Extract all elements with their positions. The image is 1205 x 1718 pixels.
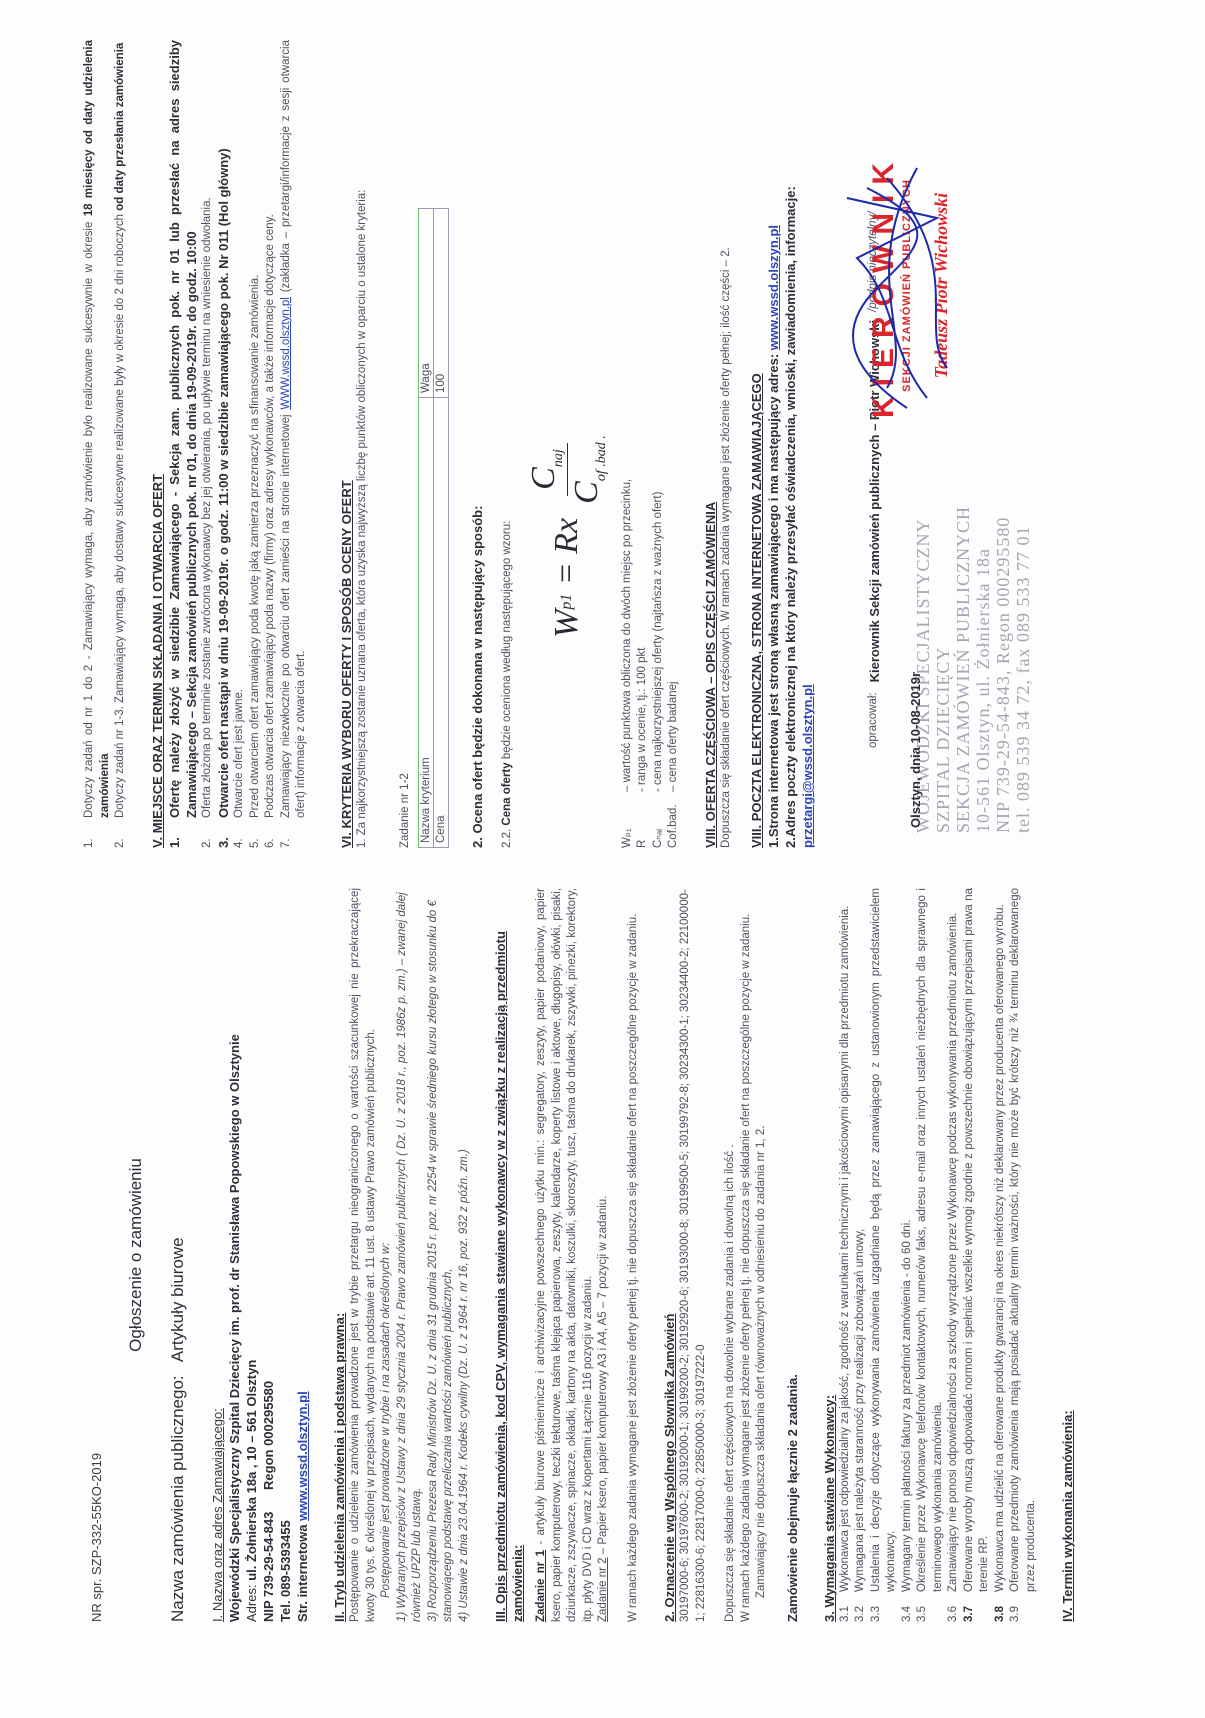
formula-symbol: Wₚ₁ – wartość punktowa obliczona do dwóc… <box>620 40 636 848</box>
scoring-formula: Wp1 = Rx Cnaj Cof .bad . <box>525 40 610 638</box>
criteria-table: Nazwa kryterium Waga Cena 100 <box>418 208 449 848</box>
formula-symbol: R - ranga w ocenie, tj.: 100 pkt <box>635 40 651 848</box>
website-link[interactable]: WWW.wssd.olsztyn.pl <box>280 297 292 409</box>
website-row: Str. internetowa www.wssd.olsztyn.pl <box>294 888 311 1622</box>
equivalent-offers-note: Zamawiający nie dopuszcza składania ofer… <box>754 888 770 1622</box>
formula-legend: Wₚ₁ – wartość punktowa obliczona do dwóc… <box>620 40 682 848</box>
section-7-heading: VIII. OFERTA CZĘŚCIOWA – OPIS CZĘŚCI ZAM… <box>702 40 719 848</box>
legal-basis-item: 1) Wybranych przepisów z Ustawy z dnia 2… <box>395 888 426 1622</box>
requirement-item: 3.7 Oferowane wyroby muszą odpowiadać no… <box>962 888 993 1622</box>
full-offer-requirement: W ramach każdego zadania wymagane jest z… <box>739 888 755 1622</box>
cpv-codes: 30197000-6; 30197600-2; 30192000-1; 3019… <box>678 888 709 1622</box>
section-6-heading: VI. KRYTERIA WYBORU OFERTY I SPOSÓB OCEN… <box>338 40 355 848</box>
order-name-label: Nazwa zamówienia publicznego: <box>168 1375 187 1622</box>
prepared-label: opracował: <box>866 692 883 748</box>
table-cell: Cena <box>433 398 448 848</box>
page-2: 1. Dotyczy zadań od nr 1 do 2 - Zamawiaj… <box>0 0 1205 858</box>
completion-term-item: 2. Dotyczy zadań nr 1-3. Zamawiający wym… <box>113 40 129 848</box>
formula-symbol: Cₙₐⱼ - cena najkorzystniejszej oferty (n… <box>651 40 667 848</box>
submission-term-item: 5. Przed otwarciem ofert zamawiający pod… <box>248 40 264 848</box>
legal-basis-item: 4) Ustawie z dnia 23.04.1964 r. Kodeks c… <box>457 888 473 1622</box>
stamp-line: tel. 089 539 34 72, fax 089 533 77 01 <box>1013 506 1033 833</box>
submission-term-item: 4. Otwarcie ofert jest jawne. <box>232 40 248 848</box>
section-2-paragraph: Postępowanie o udzielenie zamówienia pro… <box>348 888 379 1622</box>
submission-terms-list: 1. Ofertę należy złożyć w siedzibie Zama… <box>166 40 310 848</box>
submission-term-item: 7. Zamawiający niezwłocznie po otwarciu … <box>279 40 310 848</box>
section-3-heading: III. Opis przedmiotu zamówienia, kod CPV… <box>492 888 526 1622</box>
table-header: Nazwa kryterium <box>418 398 433 848</box>
submission-term-item: 2. Oferta złożona po terminie zostanie z… <box>200 40 216 848</box>
section-5-heading: V. MIEJSCE ORAZ TERMIN SKŁADANIA I OTWAR… <box>149 40 166 848</box>
requirement-item: 3.6 Zamawiający nie ponosi odpowiedzialn… <box>946 888 962 1622</box>
section-2-heading: II. Tryb udzielenia zamówienia i podstaw… <box>331 888 348 1622</box>
stamp-line: SEKCJA ZAMÓWIEŃ PUBLICZNYCH <box>953 506 973 833</box>
email-info: 2.Adres poczty elektronicznej na który n… <box>782 40 816 848</box>
completion-terms-list: 1. Dotyczy zadań od nr 1 do 2 - Zamawiaj… <box>82 40 129 848</box>
order-name-value: Artykuły biurowe <box>168 1237 187 1362</box>
submission-term-item: 6. Podczas otwarcia ofert zamawiający po… <box>263 40 279 848</box>
formula-symbol: Cof.bad. – cena oferty badanej <box>666 40 682 848</box>
stamp-line: 10-561 Olsztyn, ul. Żołnierska 18a <box>973 506 993 833</box>
stamps-area: WOJEWÓDZKI SPECJALISTYCZNYSZPITAL DZIECI… <box>907 40 1107 848</box>
table-header: Waga <box>418 209 433 398</box>
criteria-table-caption: Zadanie nr 1-2 <box>398 40 414 848</box>
requirement-item: 3.5 Określenie przez Wykonawcę telefonów… <box>915 888 946 1622</box>
handwritten-signature-icon <box>827 158 977 428</box>
task-1-description: Zadanie nr 1 - artykuły biurowe piśmienn… <box>534 888 596 1622</box>
completion-term-item: 1. Dotyczy zadań od nr 1 do 2 - Zamawiaj… <box>82 40 113 848</box>
section-1-heading: I. Nazwa oraz adres Zamawiającego: <box>209 888 226 1622</box>
section-4-heading: IV. Termin wykonania zamówienia: <box>1059 888 1076 1622</box>
nip-regon: NIP 739-29-54-843 Regon 000295580 <box>260 888 277 1622</box>
submission-term-item: 3. Otwarcie ofert nastąpi w dniu 19-09-2… <box>215 40 232 848</box>
stamp-line: NIP 739-29-54-843, Regon 000295580 <box>993 506 1013 833</box>
partial-offer-text: Dopuszcza się składanie ofert częściowyc… <box>719 40 735 848</box>
reference-number: NR spr. SZP-332-55KO-2019 <box>88 888 105 1622</box>
requirement-item: 3.4 Wymagany termin płatności faktury za… <box>900 888 916 1622</box>
scanned-document: NR spr. SZP-332-55KO-2019 Ogłoszenie o z… <box>0 0 1205 1718</box>
document-title: Ogłoszenie o zamówieniu <box>125 888 147 1622</box>
cpv-heading: 2. Oznaczenie wg Wspólnego Słownika Zamó… <box>661 888 678 1622</box>
order-name: Nazwa zamówienia publicznego: Artykuły b… <box>167 888 189 1622</box>
legal-basis-item: 3) Rozporządzeniu Prezesa Rady Ministrów… <box>426 888 457 1622</box>
full-offer-note: W ramach każdego zadania wymagane jest z… <box>626 888 642 1622</box>
website-info: 1.Strona internetowa jest stroną własną … <box>765 40 782 848</box>
requirement-item: 3.9 Oferowane przedmioty zamówienia mają… <box>1008 888 1039 1622</box>
requirement-item: 3.3 Ustalenia i decyzje dotyczące wykony… <box>869 888 900 1622</box>
partial-offer-note: Dopuszcza się składanie ofert częściowyc… <box>723 888 739 1622</box>
requirement-item: 3.2 Wymagana jest należyta staranność pr… <box>853 888 869 1622</box>
requirements-heading: 3. Wymagania stawiane Wykonawcy: <box>821 888 838 1622</box>
table-row: Cena 100 <box>433 209 448 848</box>
phone: Tel. 089-5393455 <box>277 888 294 1622</box>
organization-name: Wojewódzki Specjalistyczny Szpital Dziec… <box>226 888 243 1622</box>
requirement-item: 3.8 Wykonawca ma udzielić na oferowane p… <box>993 888 1009 1622</box>
stamp-line: SZPITAL DZIECIĘCY <box>933 506 953 833</box>
total-tasks: Zamówienie obejmuje łącznie 2 zadania. <box>784 888 801 1622</box>
email-link[interactable]: przetargi@wssd.olsztyn.pl <box>800 684 815 848</box>
hospital-stamp: WOJEWÓDZKI SPECJALISTYCZNYSZPITAL DZIECI… <box>913 506 1033 833</box>
website-link[interactable]: www.wssd.olszyn.pl <box>766 225 781 350</box>
page-1: NR spr. SZP-332-55KO-2019 Ogłoszenie o z… <box>0 858 1205 1718</box>
evaluation-method: 2. Ocena ofert będzie dokonana w następu… <box>469 40 486 848</box>
task-2-description: Zadanie nr 2 – Papier ksero, papier komp… <box>596 888 612 1622</box>
section-2-basis-intro: Postępowanie jest prowadzone w trybie i … <box>379 888 395 1622</box>
price-criterion: 2.2. Cena oferty będzie oceniona według … <box>500 40 516 848</box>
submission-term-item: 1. Ofertę należy złożyć w siedzibie Zama… <box>166 40 200 848</box>
table-header-row: Nazwa kryterium Waga <box>418 209 433 848</box>
place-date: Olsztyn, dnia 10-08-2019r <box>907 672 924 828</box>
requirements-list: 3.1 Wykonawca jest odpowiedzialny za jak… <box>838 888 1040 1622</box>
address: Adres: ul. Żołnierska 18a , 10 – 561 Ols… <box>243 888 260 1622</box>
table-cell: 100 <box>433 209 448 398</box>
requirement-item: 3.1 Wykonawca jest odpowiedzialny za jak… <box>838 888 854 1622</box>
criteria-intro: 1. Za najkorzystniejszą zostanie uznana … <box>355 40 371 848</box>
website-link[interactable]: www.wssd.olsztyn.pl <box>295 1391 310 1521</box>
section-8-heading: VIII. POCZTA ELEKTRONICZNA, STRONA INTER… <box>748 40 765 848</box>
